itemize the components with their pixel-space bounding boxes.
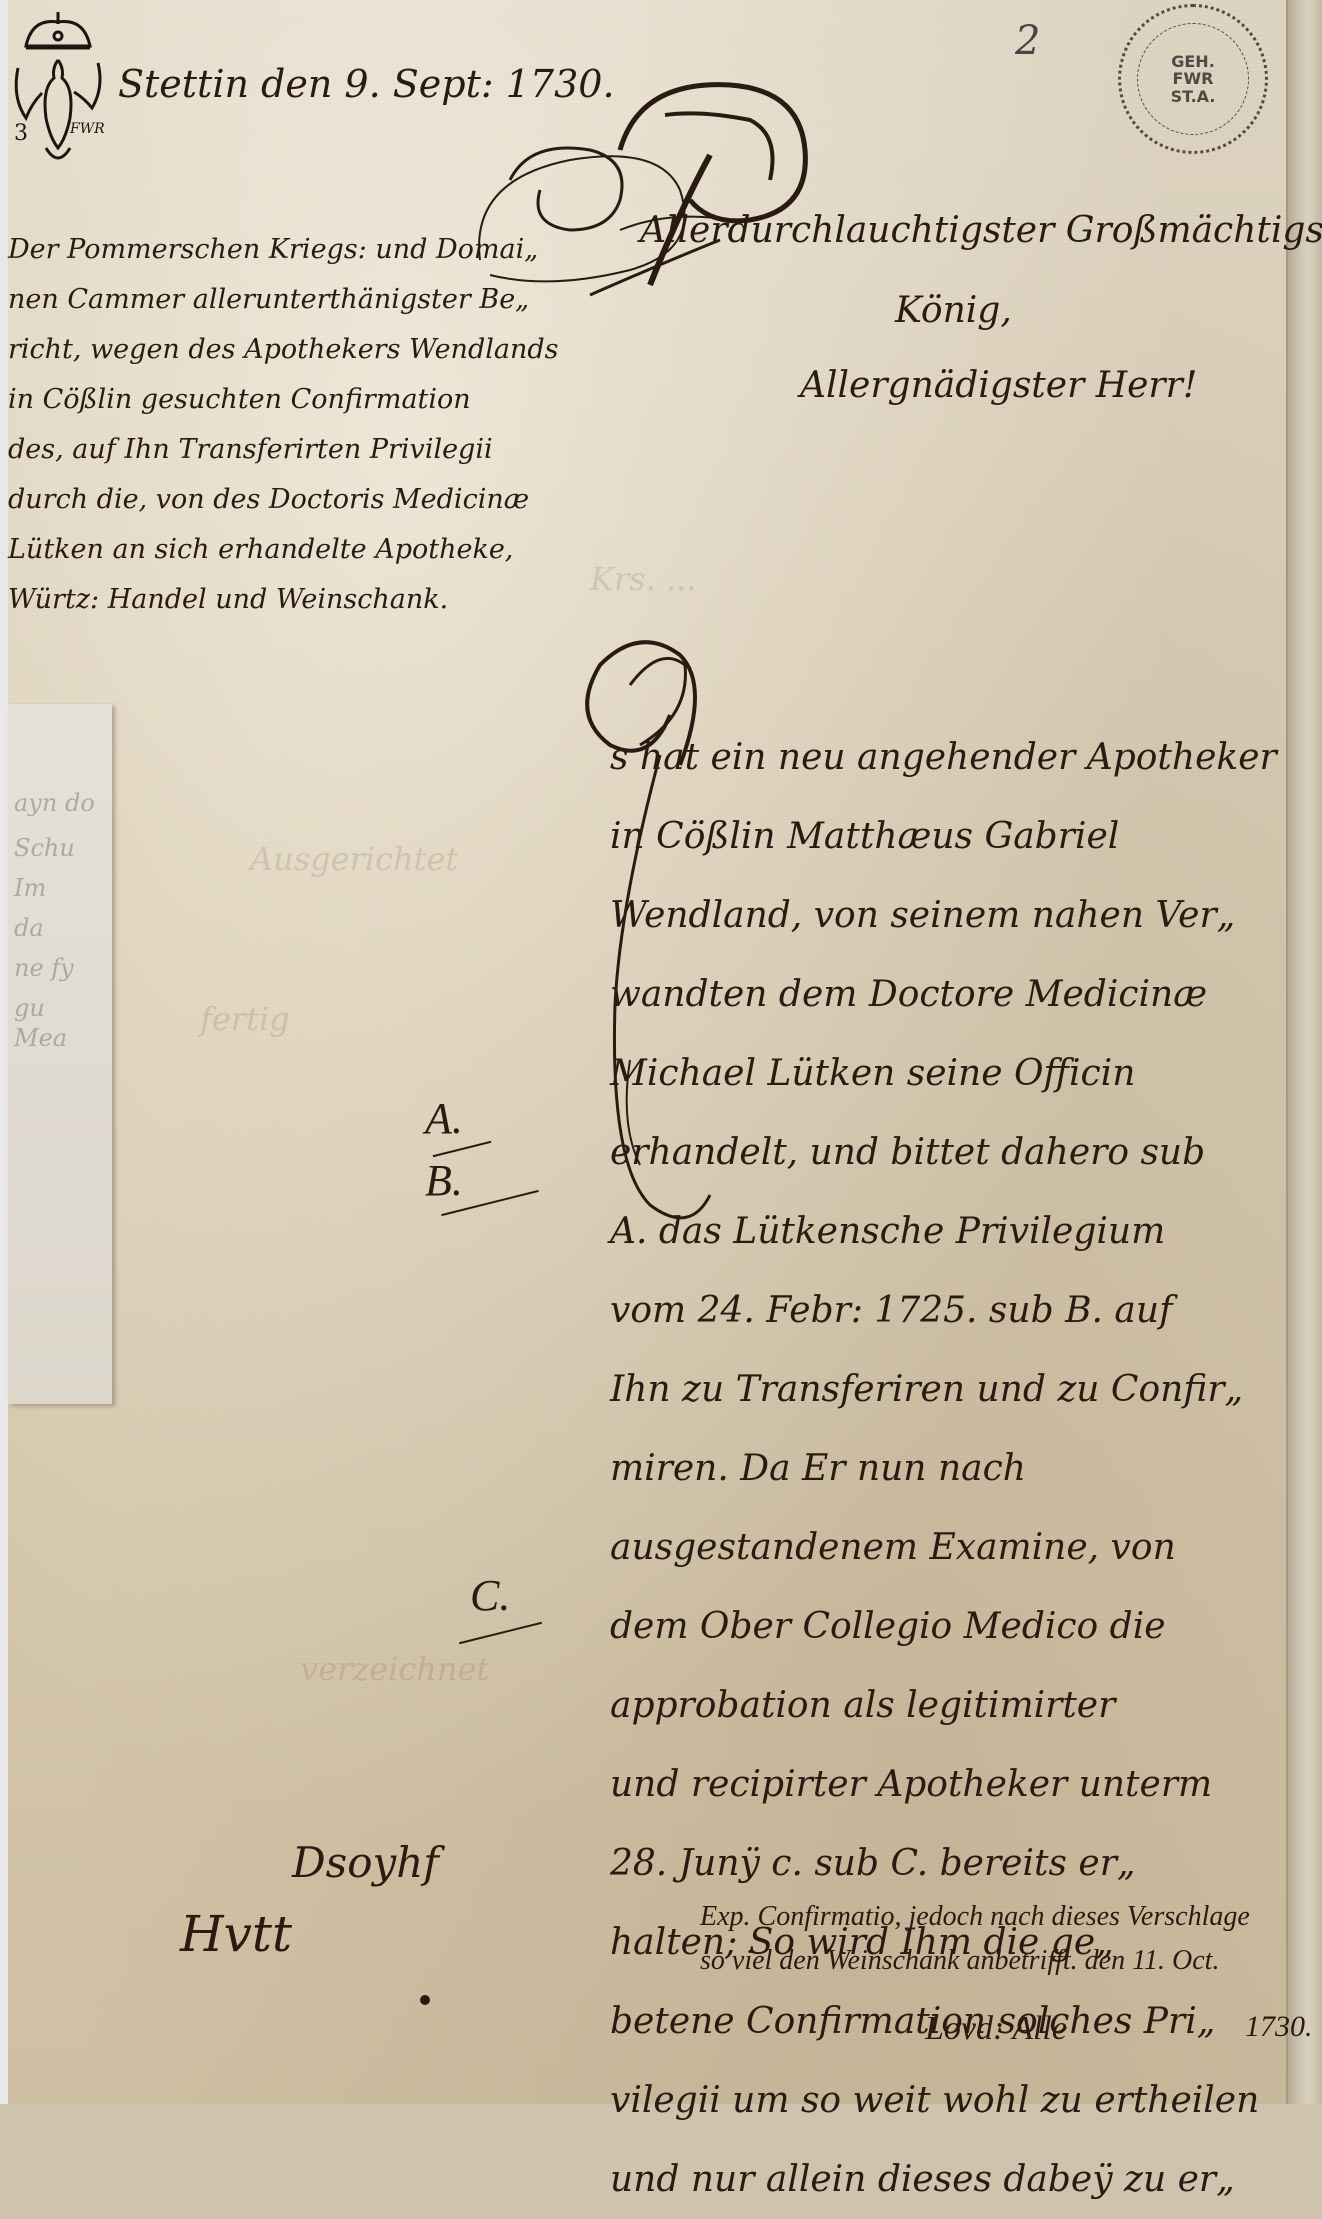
archive-stamp-middle: FWR <box>1173 70 1214 88</box>
salutation-line-3: Allergnädigster Herr! <box>800 365 1197 406</box>
resolution-signature: Lovd: Alle <box>925 2010 1067 2048</box>
archive-stamp-bottom: ST.A. <box>1171 88 1216 106</box>
archive-stamp-top: GEH. <box>1171 53 1215 71</box>
bleed-through-text: verzeichnet <box>300 1650 489 1688</box>
page-binding-edge <box>1286 0 1322 2104</box>
slip-faint-text: ayn do <box>14 789 95 817</box>
margin-underline <box>459 1622 542 1645</box>
slip-faint-text: gu <box>14 994 45 1022</box>
body-line: s hat ein neu angehender Apotheker <box>610 718 1290 797</box>
summary-line: nen Cammer allerunterthänigster Be„ <box>8 275 593 325</box>
resolution-line: Exp. Confirmatio, jedoch nach dieses Ver… <box>700 1895 1250 1939</box>
summary-line: des, auf Ihn Transferirten Privilegii <box>8 425 593 475</box>
summary-margin-block: Der Pommerschen Kriegs: und Domai„ nen C… <box>8 225 593 625</box>
bleed-through-text: fertig <box>200 1000 290 1038</box>
slip-faint-text: Schu <box>14 834 75 862</box>
body-line: vilegii um so weit wohl zu ertheilen <box>610 2061 1290 2104</box>
slip-faint-text: Im <box>14 874 46 902</box>
archive-stamp: GEH. FWR ST.A. <box>1118 4 1268 154</box>
manuscript-page: 3 FWR 2 GEH. FWR ST.A. Stettin den 9. Se… <box>0 0 1322 2104</box>
body-line: vom 24. Febr: 1725. sub B. auf <box>610 1271 1290 1350</box>
salutation-line-1: Allerdurchlauchtigster Großmächtigster <box>640 210 1322 251</box>
pasted-paper-slip: ayn do Schu Im da ne fy gu Mea <box>8 704 112 1404</box>
body-line: Michael Lütken seine Officin <box>610 1034 1290 1113</box>
ink-blot <box>420 1995 430 2005</box>
folio-number: 2 <box>1015 18 1040 64</box>
body-line: wandten dem Doctore Medicinæ <box>610 955 1290 1034</box>
svg-text:FWR: FWR <box>69 121 104 137</box>
summary-line: Lütken an sich erhandelte Apotheke, <box>8 525 593 575</box>
salutation-line-2: König, <box>895 290 1012 331</box>
body-line: erhandelt, und bittet dahero sub <box>610 1113 1290 1192</box>
summary-line: in Cößlin gesuchten Confirmation <box>8 375 593 425</box>
margin-mark-b: B. <box>425 1155 463 1206</box>
body-line: in Cößlin Matthæus Gabriel <box>610 797 1290 876</box>
body-line: approbation als legitimirter <box>610 1666 1290 1745</box>
paraph-initials-lower: Hvtt <box>180 1905 292 1963</box>
summary-line: richt, wegen des Apothekers Wendlands <box>8 325 593 375</box>
summary-line: Würtz: Handel und Weinschank. <box>8 575 593 625</box>
svg-text:3: 3 <box>14 121 28 146</box>
body-line: 28. Junÿ c. sub C. bereits er„ <box>610 1824 1290 1903</box>
slip-faint-text: da <box>14 914 44 942</box>
body-line: ausgestandenem Examine, von <box>610 1508 1290 1587</box>
slip-faint-text: Mea <box>14 1024 67 1052</box>
prussian-eagle-crest-icon: 3 FWR <box>12 8 104 173</box>
margin-mark-c: C. <box>470 1570 510 1621</box>
paraph-initials-upper: Dsoyhf <box>292 1838 439 1887</box>
resolution-line: so viel den Weinschank anbetrifft. den 1… <box>700 1939 1250 1983</box>
body-line: Wendland, von seinem nahen Ver„ <box>610 876 1290 955</box>
body-line: und recipirter Apotheker unterm <box>610 1745 1290 1824</box>
body-line: A. das Lütkensche Privilegium <box>610 1192 1290 1271</box>
resolution-year: 1730. <box>1245 2010 1313 2044</box>
margin-mark-a: A. <box>425 1093 463 1144</box>
summary-line: durch die, von des Doctoris Medicinæ <box>8 475 593 525</box>
body-line: Ihn zu Transferiren und zu Confir„ <box>610 1350 1290 1429</box>
bleed-through-text: Ausgerichtet <box>250 840 458 878</box>
slip-faint-text: ne fy <box>14 954 74 982</box>
body-line: dem Ober Collegio Medico die <box>610 1587 1290 1666</box>
summary-line: Der Pommerschen Kriegs: und Domai„ <box>8 225 593 275</box>
body-line: miren. Da Er nun nach <box>610 1429 1290 1508</box>
bleed-through-text: Krs. ... <box>590 560 696 598</box>
scan-left-edge <box>0 0 8 2104</box>
resolution-note: Exp. Confirmatio, jedoch nach dieses Ver… <box>700 1895 1250 1983</box>
